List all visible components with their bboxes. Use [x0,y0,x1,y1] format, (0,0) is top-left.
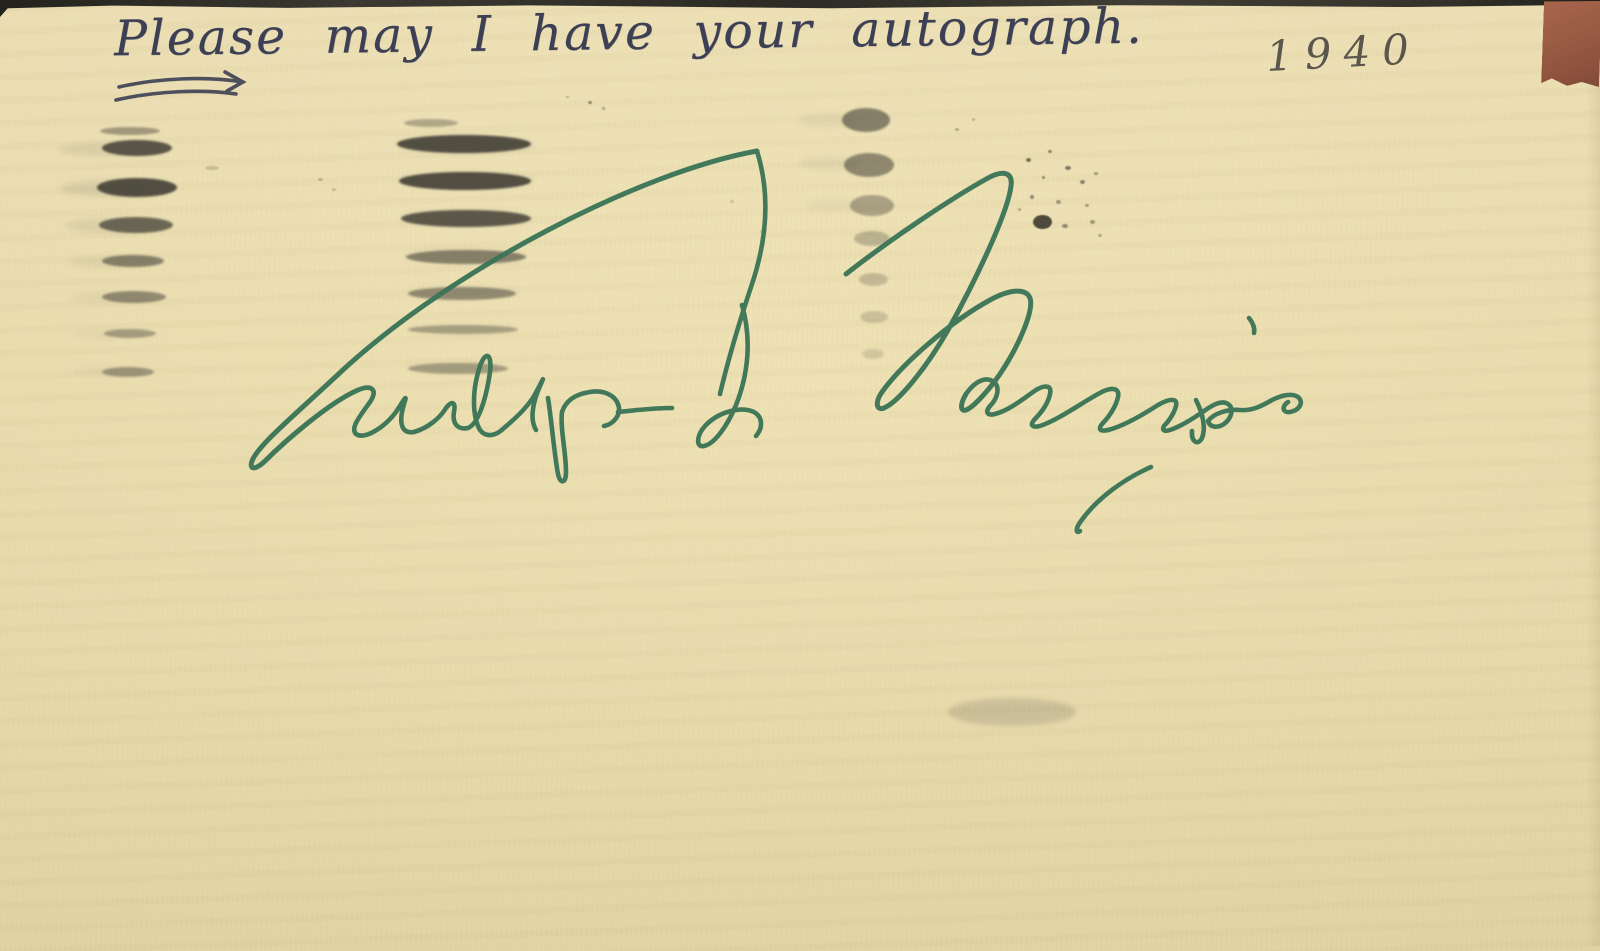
tape-remnant [1541,0,1600,87]
year-notation: 1940 [1265,24,1422,81]
green-ink-signature [251,151,1301,532]
scan-edge-corner [0,0,15,17]
card-right-edge-shading [1586,0,1600,946]
please-underline-flourish [116,72,243,100]
signature-drawing [0,0,1600,951]
scanned-autograph-card: Please may I have your autograph. 1940 [0,0,1600,951]
